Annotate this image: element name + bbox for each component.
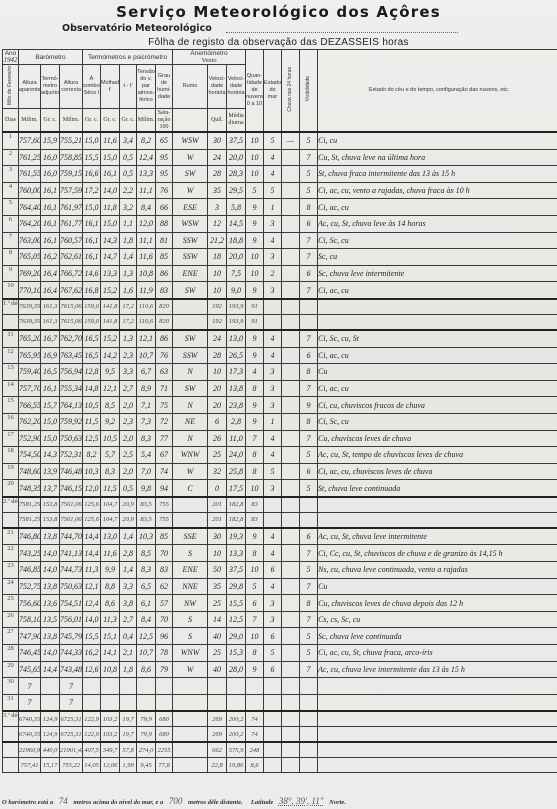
cell-alt: 747,90 [19, 628, 41, 645]
observation-table: Ano1942 Barómetro Termómetros e psicróme… [2, 49, 557, 773]
cell-nuv: 7 [246, 430, 264, 447]
month-header: Mês de Fevereiro [3, 65, 19, 109]
cell-rumo: N [173, 397, 208, 414]
cell-vel: 25 [208, 595, 227, 612]
cell-nuv [246, 694, 264, 711]
dry-header: À sombraSêco t [83, 65, 101, 109]
latitude-value: 38°, 39', 11" [275, 796, 328, 806]
totals-row: 21960,95440,021901,43407,5349,757,8274,0… [3, 742, 557, 758]
unit-saturation: Satu-ração 100 [156, 109, 173, 133]
cell-alt: 757,60 [19, 132, 41, 149]
totals-row-diff: 57,8 [120, 742, 137, 758]
wind-direction-header: Rumo [173, 65, 208, 109]
cell-vis: 7 [300, 545, 318, 562]
cell-vis: 5 [300, 562, 318, 579]
table-row: 24752,7513,8750,6312,18,83,36,562NNE3529… [3, 578, 557, 595]
cell-alt: 748,60 [19, 463, 41, 480]
cell-rumo: SSW [173, 347, 208, 364]
cell-seco: 11,5 [83, 413, 101, 430]
table-row: 11765,2016,7762,7016,515,21,312,186SW241… [3, 330, 557, 347]
cell-chuva [282, 232, 300, 249]
day-number: 2 [3, 149, 19, 166]
cell-molh: 15,1 [101, 628, 120, 645]
cell-vis: 7 [300, 380, 318, 397]
sum-blank [264, 497, 282, 513]
sky-remark [318, 694, 557, 711]
totals-row-med: 575,9 [227, 742, 246, 758]
cell-tens: 12,0 [137, 215, 156, 232]
cell-diff: 1,3 [120, 330, 137, 347]
sum-copy-diff: 19,7 [120, 727, 137, 743]
cell-diff: 1,8 [120, 661, 137, 678]
cell-molh: 11,6 [101, 132, 120, 149]
cell-vis: 6 [300, 347, 318, 364]
cell-corr: 744,33 [60, 645, 83, 662]
sky-remark: Ci, ac, cu [318, 199, 557, 216]
cell-med: 19,3 [227, 528, 246, 545]
sum-copy-blank [300, 512, 318, 528]
rain-header: Chuva nas 24 horas [282, 50, 300, 133]
sum-nuv: 91 [246, 299, 264, 315]
means-row-vel: 22,8 [208, 758, 227, 773]
cell-tens: 12,1 [137, 330, 156, 347]
cell-tens [137, 678, 156, 695]
cell-tadj: 14,4 [41, 661, 60, 678]
cell-rumo: NNE [173, 578, 208, 595]
observation-rows: 1757,6015,9755,2115,011,63,48,265WSW3037… [3, 132, 557, 773]
days-unit: Dias [3, 109, 19, 133]
cell-med: 13,0 [227, 330, 246, 347]
cell-corr: 759,92 [60, 413, 83, 430]
cell-hum: 79 [156, 661, 173, 678]
cell-hum: 76 [156, 347, 173, 364]
cell-alt: 757,70 [19, 380, 41, 397]
means-row-blank [264, 758, 282, 773]
cell-hum [156, 694, 173, 711]
cell-vis: 6 [300, 528, 318, 545]
table-row: 13759,4016,5756,9412,89,53,36,763N1017,3… [3, 364, 557, 381]
cell-mar: 5 [264, 463, 282, 480]
totals-row-rumo [173, 742, 208, 758]
totals-row-corr: 21901,43 [60, 742, 83, 758]
totals-row-remark [318, 742, 557, 758]
cell-vel: 24 [208, 330, 227, 347]
cell-nuv: 10 [246, 149, 264, 166]
cell-molh: 15,2 [101, 282, 120, 299]
sum-copy-corr: 7615,06 [60, 314, 83, 330]
cell-hum: 78 [156, 645, 173, 662]
cell-tens: 7,3 [137, 413, 156, 430]
cell-nuv: 9 [246, 232, 264, 249]
wind-speed-mean-header: Veloci-dade horária [227, 65, 246, 109]
cell-seco: 16,2 [83, 645, 101, 662]
cell-vis: 5 [300, 132, 318, 149]
cell-seco: 8,2 [83, 447, 101, 464]
sky-remark: Ci, cu, chuviscos fracos de chuva [318, 397, 557, 414]
vapour-tension-header: Tensão do v. par atmos-férico [137, 65, 156, 109]
cell-alt: 762,20 [19, 413, 41, 430]
means-row-label [3, 758, 19, 773]
table-row: 8765,0516,2762,6116,114,71,411,685SSW182… [3, 249, 557, 266]
table-row: 3177 [3, 694, 557, 711]
table-row: 6764,2016,1761,7716,115,01,112,088WSW121… [3, 215, 557, 232]
cell-nuv: 9 [246, 528, 264, 545]
barometer-height: 74 [55, 796, 72, 806]
cell-med: 25,8 [227, 463, 246, 480]
cell-alt: 752,90 [19, 430, 41, 447]
sky-remark: Ci, ac, cu [318, 282, 557, 299]
sum-copy-molh: 103,2 [101, 727, 120, 743]
cell-tens: 8,6 [137, 661, 156, 678]
cell-med: 11,0 [227, 430, 246, 447]
sheet-title: Fôlha de registo da observação das DEZAS… [0, 37, 557, 48]
cell-molh: 14,1 [101, 645, 120, 662]
cell-diff: 3,3 [120, 578, 137, 595]
cell-molh: 15,2 [101, 330, 120, 347]
sky-remark: Ci, ac, cu [318, 347, 557, 364]
sum-copy-blank [282, 512, 300, 528]
cell-diff: 3,3 [120, 364, 137, 381]
sum-copy-blank [264, 314, 282, 330]
cell-hum: 74 [156, 463, 173, 480]
cell-corr: 752,31 [60, 447, 83, 464]
cell-mar: 1 [264, 413, 282, 430]
sky-remark: Cs, cs, Sc, cu [318, 611, 557, 628]
cell-nuv: 5 [246, 182, 264, 199]
cell-tens: 8,3 [137, 562, 156, 579]
cell-rumo: NE [173, 413, 208, 430]
cell-med: 37,5 [227, 562, 246, 579]
cell-corr: 750,63 [60, 430, 83, 447]
cell-mar: 5 [264, 132, 282, 149]
sky-remark: Cu [318, 364, 557, 381]
day-number: 1 [3, 132, 19, 149]
day-number: 10 [3, 282, 19, 299]
cell-chuva: — [282, 132, 300, 149]
cell-tens: 8,5 [137, 545, 156, 562]
sum-copy-vel: 201 [208, 512, 227, 528]
cell-mar: 4 [264, 430, 282, 447]
cell-alt: 746,80 [19, 528, 41, 545]
cell-vis: 7 [300, 661, 318, 678]
day-number: 24 [3, 578, 19, 595]
cell-hum: 95 [156, 149, 173, 166]
cell-tens: 10,3 [137, 528, 156, 545]
cell-seco: 16,5 [83, 330, 101, 347]
cell-diff: 1,6 [120, 282, 137, 299]
cell-corr: 7 [60, 678, 83, 695]
sum-remark [318, 497, 557, 513]
sum-copy-nuv: 74 [246, 727, 264, 743]
cell-hum: 83 [156, 282, 173, 299]
observatory-label: Observatório Meteorológico [62, 23, 212, 34]
sum-copy-tadj: 124,9 [41, 727, 60, 743]
table-row: 3761,5516,0759,1516,616,10,513,395SW2828… [3, 166, 557, 183]
cell-nuv: 9 [246, 413, 264, 430]
unit-milim-2: Milim. [60, 109, 83, 133]
sky-remark: St, chuva leve continuada [318, 480, 557, 497]
cell-rumo: W [173, 463, 208, 480]
corrected-height-header: Altura correcta [60, 65, 83, 109]
cell-hum: 86 [156, 330, 173, 347]
totals-row-blank [300, 742, 318, 758]
cell-vis: 8 [300, 364, 318, 381]
cell-corr: 756,01 [60, 611, 83, 628]
cell-vis: 7 [300, 149, 318, 166]
day-number: 25 [3, 595, 19, 612]
table-row: 20748,3513,7746,1512,011,50,59,894C017,5… [3, 480, 557, 497]
cell-seco: 17,2 [83, 182, 101, 199]
cell-vel: 14 [208, 611, 227, 628]
cell-tens: 12,5 [137, 628, 156, 645]
sum-hum: 755 [156, 497, 173, 513]
cell-med: 26,5 [227, 347, 246, 364]
cell-vel: 35 [208, 182, 227, 199]
cell-nuv: 4 [246, 364, 264, 381]
cell-vel: 10 [208, 545, 227, 562]
cell-mar: 4 [264, 166, 282, 183]
cell-nuv: 9 [246, 347, 264, 364]
cell-diff: 2,0 [120, 397, 137, 414]
sum-copy-hum: 680 [156, 727, 173, 743]
cell-molh: 8,3 [101, 463, 120, 480]
sky-remark: Cu, St, chuva leve na última hora [318, 149, 557, 166]
sky-remark: Cu [318, 578, 557, 595]
sum-copy-corr: 6725,31 [60, 727, 83, 743]
cell-corr: 743,48 [60, 661, 83, 678]
cell-nuv [246, 678, 264, 695]
cell-alt: 748,35 [19, 480, 41, 497]
cell-alt: 764,20 [19, 215, 41, 232]
table-row: 7763,0016,1760,5716,114,31,811,181SSW21,… [3, 232, 557, 249]
cell-corr: 762,70 [60, 330, 83, 347]
cell-vis: 7 [300, 232, 318, 249]
cell-mar: 6 [264, 661, 282, 678]
cell-rumo: SW [173, 330, 208, 347]
barometer-distance: 700 [165, 796, 187, 806]
cell-mar: 4 [264, 330, 282, 347]
sum-copy-blank [300, 314, 318, 330]
cell-tens: 10,8 [137, 265, 156, 282]
totals-row-nuv: 248 [246, 742, 264, 758]
cell-tadj: 14,0 [41, 545, 60, 562]
cell-vel: 10 [208, 265, 227, 282]
cell-rumo: SSW [173, 232, 208, 249]
cell-tadj: 14,0 [41, 645, 60, 662]
footer: O barómetro está a 74 metros acima do ní… [2, 796, 557, 806]
sum-hum: 680 [156, 711, 173, 727]
cell-vis: 7 [300, 578, 318, 595]
cell-rumo: SSW [173, 249, 208, 266]
means-row-remark [318, 758, 557, 773]
summary-row-copy: 7639,35161,37615,06159,0141,817,2110,682… [3, 314, 557, 330]
summary-label: 3.ª década [3, 711, 19, 727]
day-number: 5 [3, 199, 19, 216]
cell-diff: 2,3 [120, 413, 137, 430]
summary-label: 1.ª década [3, 299, 19, 315]
cell-hum: 66 [156, 199, 173, 216]
cell-corr: 754,51 [60, 595, 83, 612]
cell-alt: 769,20 [19, 265, 41, 282]
cell-nuv: 6 [246, 595, 264, 612]
cell-tadj: 15,0 [41, 413, 60, 430]
day-number: 13 [3, 364, 19, 381]
cell-tadj: 13,6 [41, 595, 60, 612]
sum-copy-remark [318, 314, 557, 330]
cell-tens: 8,4 [137, 611, 156, 628]
cell-tadj: 16,9 [41, 347, 60, 364]
cell-mar: 2 [264, 265, 282, 282]
sum-hum: 820 [156, 299, 173, 315]
means-row-nuv: 8,6 [246, 758, 264, 773]
cell-seco [83, 694, 101, 711]
cell-rumo: WNW [173, 645, 208, 662]
sum-vel: 192 [208, 299, 227, 315]
cell-hum: 71 [156, 380, 173, 397]
cell-alt: 754,50 [19, 447, 41, 464]
sky-remark: Ci, ac, cu, vento a rajadas, chuva fraca… [318, 182, 557, 199]
cell-vel: 50 [208, 562, 227, 579]
totals-row-alt: 21960,95 [19, 742, 41, 758]
cell-chuva [282, 480, 300, 497]
cell-med: 12,5 [227, 611, 246, 628]
cell-chuva [282, 149, 300, 166]
sum-seco: 122,9 [83, 711, 101, 727]
cell-vis: 7 [300, 282, 318, 299]
cell-vel [208, 678, 227, 695]
cell-hum: 70 [156, 611, 173, 628]
cell-nuv: 8 [246, 645, 264, 662]
sum-molh: 104,7 [101, 497, 120, 513]
sky-remark: Ci, Sc, cu, St [318, 330, 557, 347]
cell-vel: 40 [208, 661, 227, 678]
cell-alt: 765,95 [19, 347, 41, 364]
sum-rumo [173, 711, 208, 727]
sum-copy-blank [300, 727, 318, 743]
cell-alt: 766,55 [19, 397, 41, 414]
cell-molh: 10,8 [101, 661, 120, 678]
day-number: 21 [3, 528, 19, 545]
cell-tadj: 16,1 [41, 199, 60, 216]
cell-alt: 7 [19, 678, 41, 695]
cell-mar: 3 [264, 215, 282, 232]
cell-tadj [41, 694, 60, 711]
cell-mar: 4 [264, 545, 282, 562]
sum-remark [318, 299, 557, 315]
cell-corr: 755,21 [60, 132, 83, 149]
cell-vis: 9 [300, 397, 318, 414]
table-row: 15766,5515,7764,1310,58,52,07,175N2023,8… [3, 397, 557, 414]
cell-tadj: 13,8 [41, 528, 60, 545]
cell-molh: 14,0 [101, 182, 120, 199]
day-number: 26 [3, 611, 19, 628]
sum-copy-blank [282, 314, 300, 330]
cell-vis: 5 [300, 166, 318, 183]
cell-med: 28,3 [227, 166, 246, 183]
cell-diff: 0,5 [120, 166, 137, 183]
cell-vel: 28 [208, 347, 227, 364]
cell-corr: 766,72 [60, 265, 83, 282]
table-row: 1757,6015,9755,2115,011,63,48,265WSW3037… [3, 132, 557, 149]
table-row: 4760,0016,1757,5917,214,02,211,176W3529,… [3, 182, 557, 199]
unit-media: Média diurna [227, 109, 246, 133]
cell-chuva [282, 611, 300, 628]
cell-nuv: 9 [246, 282, 264, 299]
cell-molh: 14,7 [101, 249, 120, 266]
cell-tens: 12,4 [137, 149, 156, 166]
cell-tadj: 16,4 [41, 282, 60, 299]
cell-chuva [282, 215, 300, 232]
cell-seco: 15,0 [83, 199, 101, 216]
sum-copy-blank [264, 512, 282, 528]
cell-corr: 757,59 [60, 182, 83, 199]
summary-row: 2.ª década7581,25153,87561,06125,6104,72… [3, 497, 557, 513]
sky-remark: Ci, ac, cu, St, chuva fraca, arco-íris [318, 645, 557, 662]
cell-diff: 2,0 [120, 430, 137, 447]
cell-rumo: ESE [173, 199, 208, 216]
cell-seco: 11,3 [83, 562, 101, 579]
cell-tens: 8,2 [137, 132, 156, 149]
cell-tadj: 16,0 [41, 166, 60, 183]
sum-copy-med: 200,2 [227, 727, 246, 743]
cell-vis: 5 [300, 480, 318, 497]
sum-rumo [173, 299, 208, 315]
cell-seco: 16,1 [83, 215, 101, 232]
cell-seco: 15,5 [83, 628, 101, 645]
totals-row-tens: 274,0 [137, 742, 156, 758]
cell-seco: 12,5 [83, 430, 101, 447]
table-row: 3077 [3, 678, 557, 695]
cell-nuv: 8 [246, 380, 264, 397]
cell-corr: 746,15 [60, 480, 83, 497]
day-number: 15 [3, 397, 19, 414]
totals-row-seco: 407,5 [83, 742, 101, 758]
observatory-blank-line [226, 32, 458, 33]
cell-hum: 86 [156, 265, 173, 282]
cell-seco: 14,4 [83, 528, 101, 545]
sum-copy-tens: 110,6 [137, 314, 156, 330]
sum-copy-hum: 820 [156, 314, 173, 330]
sum-med: 200,2 [227, 711, 246, 727]
sum-copy-alt: 7581,25 [19, 512, 41, 528]
cell-corr: 764,13 [60, 397, 83, 414]
sum-blank [282, 299, 300, 315]
cell-alt: 752,75 [19, 578, 41, 595]
cell-corr: 761,97 [60, 199, 83, 216]
cell-corr: 763,45 [60, 347, 83, 364]
year-header: Ano1942 [3, 50, 19, 65]
sum-copy-rumo [173, 314, 208, 330]
cell-med: 28,0 [227, 661, 246, 678]
day-number: 11 [3, 330, 19, 347]
cell-vel: 32 [208, 463, 227, 480]
sum-copy-med: 193,9 [227, 314, 246, 330]
cell-alt: 756,60 [19, 595, 41, 612]
cell-diff: 2,8 [120, 545, 137, 562]
cell-chuva [282, 199, 300, 216]
sum-copy-blank [282, 727, 300, 743]
cell-tens: 11,9 [137, 282, 156, 299]
cell-rumo: C [173, 480, 208, 497]
sum-copy-corr: 7561,06 [60, 512, 83, 528]
cell-diff: 0,4 [120, 628, 137, 645]
cell-chuva [282, 678, 300, 695]
means-row-blank [282, 758, 300, 773]
day-number: 17 [3, 430, 19, 447]
cell-alt: 759,40 [19, 364, 41, 381]
sum-blank [300, 711, 318, 727]
cell-mar: 6 [264, 562, 282, 579]
